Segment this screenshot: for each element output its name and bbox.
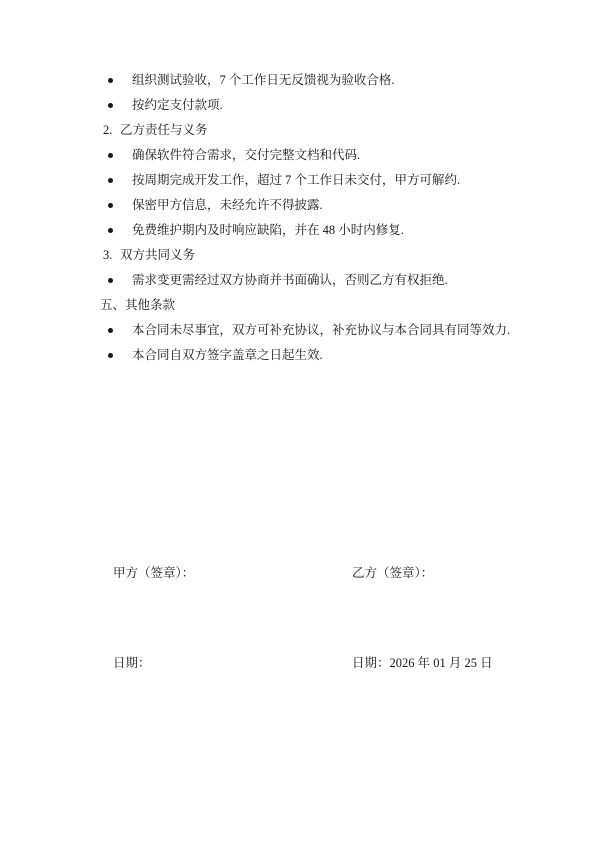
bullet-list-item: 本合同自双方签字盖章之日起生效. bbox=[100, 349, 555, 362]
numbered-heading: 3.双方共同义务 bbox=[100, 249, 555, 262]
party-b-date-value: 日期：2026 年 01 月 25 日 bbox=[352, 657, 493, 670]
bullet-list-item: 保密甲方信息，未经允许不得披露. bbox=[100, 199, 555, 212]
list-number: 3. bbox=[103, 249, 120, 262]
bullet-list-item: 本合同未尽事宜，双方可补充协议，补充协议与本合同具有同等效力. bbox=[100, 324, 555, 337]
contract-document-page: 组织测试验收，7 个工作日无反馈视为验收合格.按约定支付款项.2.乙方责任与义务… bbox=[0, 0, 595, 841]
bullet-list-item: 按约定支付款项. bbox=[100, 99, 555, 112]
bullet-list-item: 免费维护期内及时响应缺陷，并在 48 小时内修复. bbox=[100, 224, 555, 237]
bullet-list-item: 需求变更需经过双方协商并书面确认，否则乙方有权拒绝. bbox=[100, 274, 555, 287]
heading-text: 双方共同义务 bbox=[120, 248, 195, 262]
bullet-list-item: 按周期完成开发工作，超过 7 个工作日未交付，甲方可解约. bbox=[100, 174, 555, 187]
bullet-list-item: 确保软件符合需求，交付完整文档和代码. bbox=[100, 149, 555, 162]
section-heading: 五、其他条款 bbox=[100, 299, 555, 312]
document-body: 组织测试验收，7 个工作日无反馈视为验收合格.按约定支付款项.2.乙方责任与义务… bbox=[100, 74, 555, 374]
party-a-signature-label: 甲方（签章）： bbox=[113, 567, 194, 580]
party-b-signature-label: 乙方（签章）： bbox=[352, 567, 433, 580]
list-number: 2. bbox=[103, 124, 120, 137]
heading-text: 乙方责任与义务 bbox=[120, 123, 208, 137]
numbered-heading: 2.乙方责任与义务 bbox=[100, 124, 555, 137]
bullet-list-item: 组织测试验收，7 个工作日无反馈视为验收合格. bbox=[100, 74, 555, 87]
party-a-date-label: 日期： bbox=[113, 657, 151, 670]
